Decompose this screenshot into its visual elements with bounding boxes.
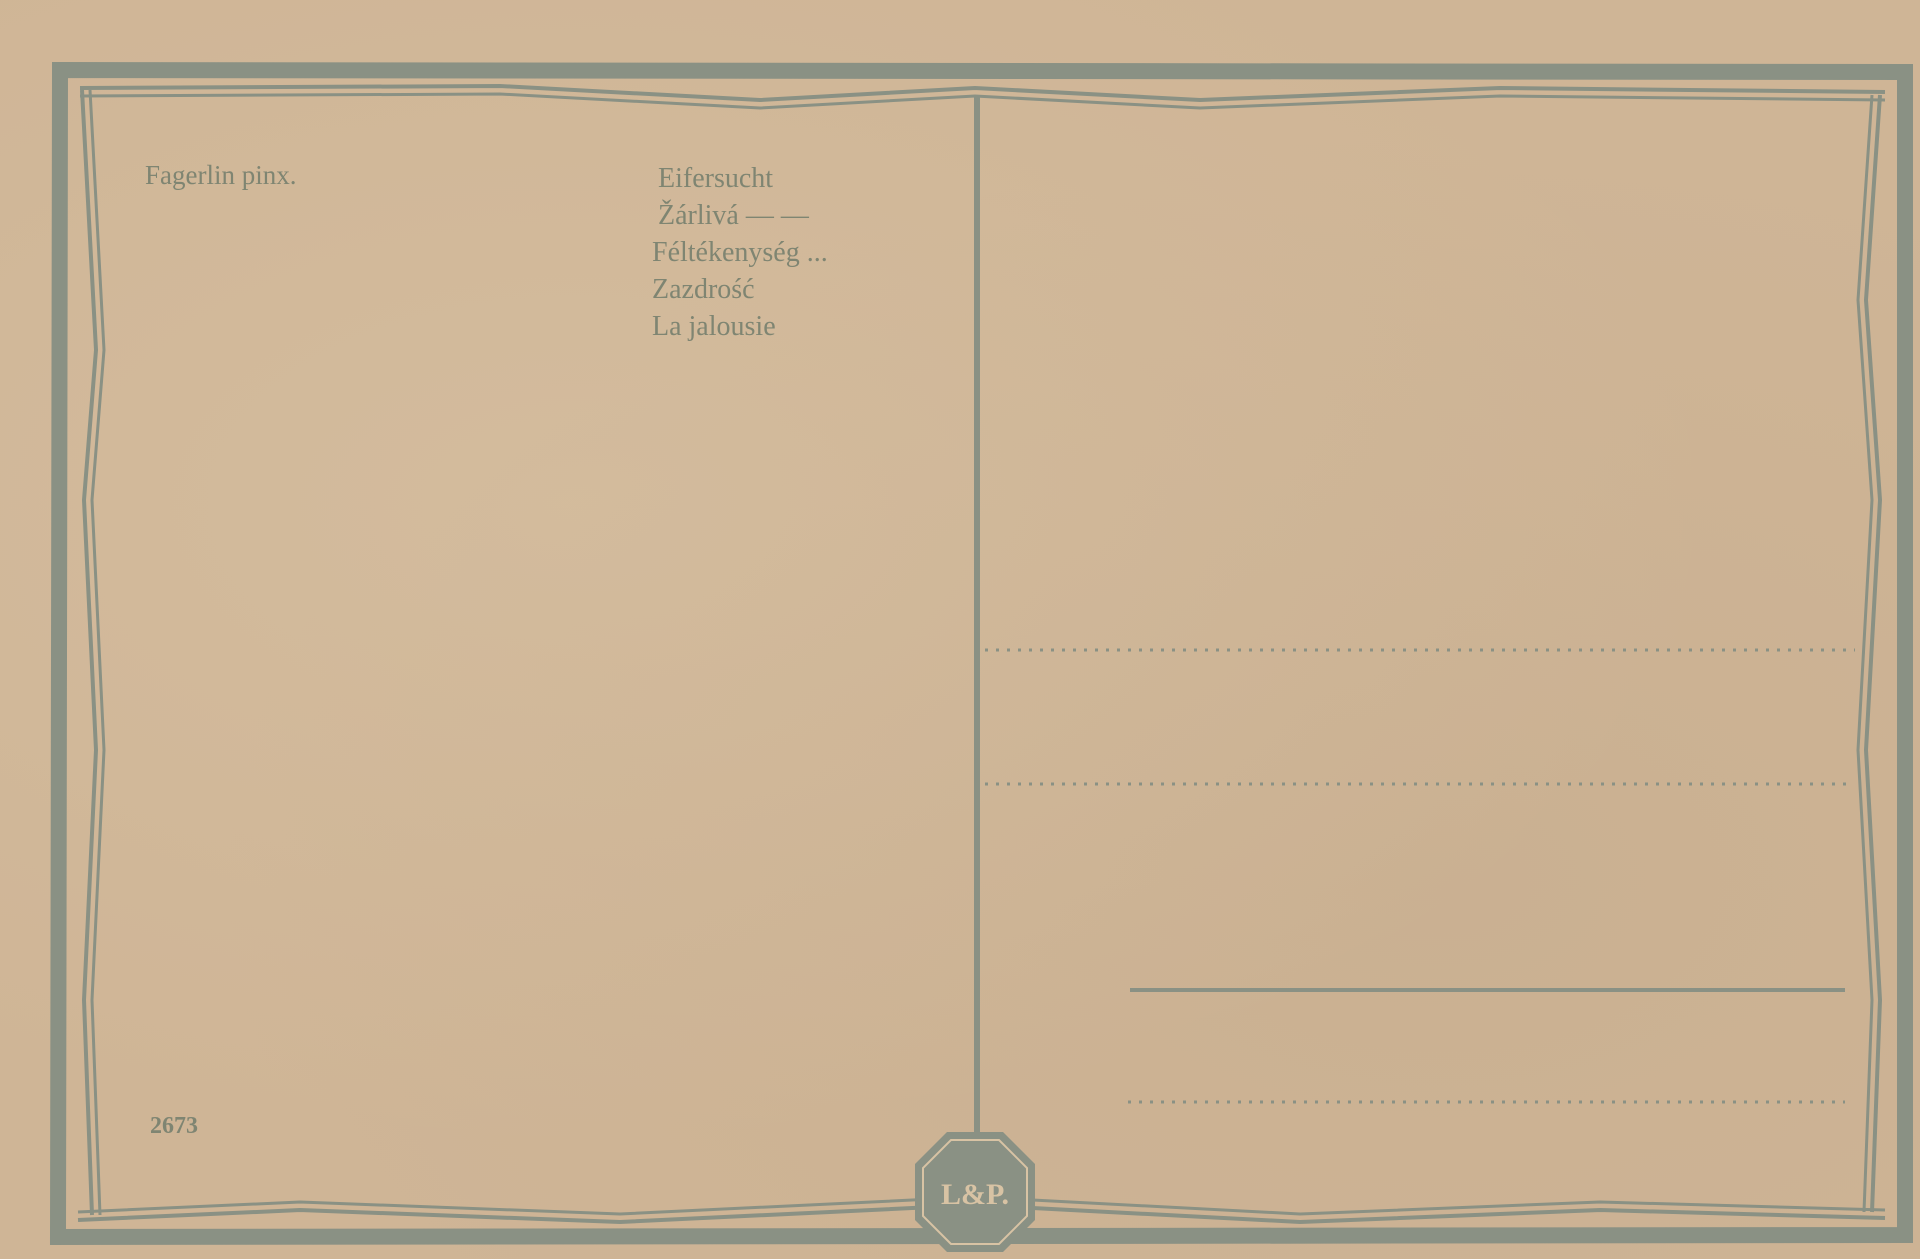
card-titles: Eifersucht Žárlivá — — Féltékenység ... … <box>652 160 828 345</box>
title-polish: Zazdrość <box>652 271 828 308</box>
publisher-logo: L&P. <box>915 1132 1035 1252</box>
address-lines <box>985 650 1855 1102</box>
artist-credit: Fagerlin pinx. <box>145 160 296 191</box>
svg-text:L&P.: L&P. <box>941 1178 1009 1211</box>
title-german: Eifersucht <box>658 160 834 197</box>
title-french: La jalousie <box>652 308 828 345</box>
serial-number: 2673 <box>150 1113 198 1140</box>
title-czech: Žárlivá — — <box>658 197 834 234</box>
title-hungarian: Féltékenység ... <box>652 234 828 271</box>
